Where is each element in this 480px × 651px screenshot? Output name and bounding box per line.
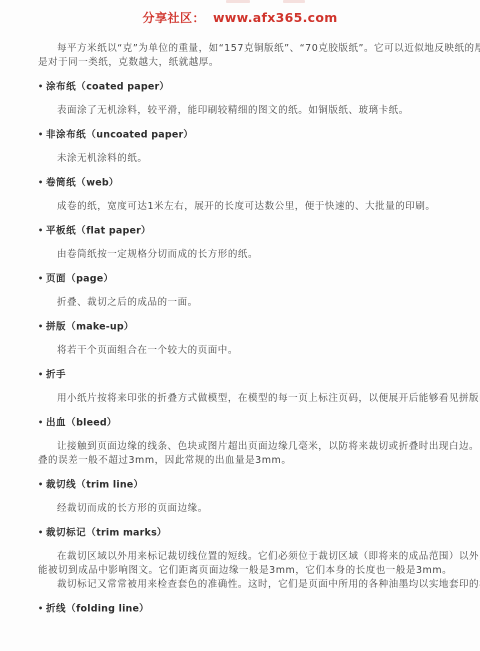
term-heading-line: •折手 (38, 368, 480, 382)
paragraph: 每平方米纸以“克”为单位的重量，如“157克铜版纸”、“70克胶版纸”。它可以近… (38, 42, 480, 70)
term-heading-line: •裁切标记（trim marks） (38, 526, 480, 540)
term-heading-line: •涂布纸（coated paper） (38, 80, 480, 94)
paragraph: 让接触到页面边缘的线条、色块或图片超出页面边缘几毫米，以防将来裁切或折叠时出现白… (38, 440, 480, 468)
term-heading: •裁切线（trim line） (38, 478, 480, 492)
term-name-zh: 折手 (46, 370, 66, 381)
term-name-en: flat paper (86, 226, 141, 237)
bullet-icon: • (38, 602, 46, 616)
term-heading: •卷筒纸（web） (38, 176, 480, 190)
bullet-icon: • (38, 478, 46, 492)
bullet-icon: • (38, 128, 46, 142)
term-heading-line: •平板纸（flat paper） (38, 224, 480, 238)
paragraph-line: 将若干个页面组合在一个较大的页面中。 (38, 344, 480, 358)
term-heading-line: •出血（bleed） (38, 416, 480, 430)
term-name-en: page (76, 274, 103, 285)
term-name-en: trim line (86, 480, 133, 491)
term-name-zh: 出血 (46, 418, 66, 429)
bullet-icon: • (38, 272, 46, 286)
term-name-zh: 非涂布纸 (46, 130, 86, 141)
term-name-en: bleed (76, 418, 107, 429)
term-heading-line: •拼版（make-up） (38, 320, 480, 334)
paragraph-line: 未涂无机涂料的纸。 (38, 152, 480, 166)
paragraph: 在裁切区域以外用来标记裁切线位置的短线。它们必须位于裁切区域（即将来的成品范围）… (38, 550, 480, 592)
term-name-zh: 裁切线 (46, 480, 76, 491)
bullet-icon: • (38, 176, 46, 190)
paragraph: 未涂无机涂料的纸。 (38, 152, 480, 166)
paragraph: 将若干个页面组合在一个较大的页面中。 (38, 344, 480, 358)
paragraph-line: 裁切标记又常常被用来检查套色的准确性。这时，它们是页面中所用的各种油墨均以实地套… (38, 578, 480, 592)
paragraph-line: 经裁切而成的长方形的页面边缘。 (38, 502, 480, 516)
paragraph-line: 成卷的纸，宽度可达1米左右，展开的长度可达数公里，便于快速的、大批量的印刷。 (38, 200, 480, 214)
bullet-icon: • (38, 368, 46, 382)
bullet-icon: • (38, 320, 46, 334)
paragraph-line: 用小纸片按将来印张的折叠方式做模型，在模型的每一页上标注页码，以便展开后能够看见… (38, 392, 480, 406)
term-name-zh: 涂布纸 (46, 82, 76, 93)
term-heading: •页面（page） (38, 272, 480, 286)
paragraph-line: 是对于同一类纸，克数越大，纸就越厚。 (38, 56, 480, 70)
site-banner: 分享社区：www.afx365.com (0, 0, 480, 25)
paragraph-line: 折叠、裁切之后的成品的一面。 (38, 296, 480, 310)
term-name-en: trim marks (96, 528, 157, 539)
paragraph: 由卷筒纸按一定规格分切而成的长方形的纸。 (38, 248, 480, 262)
paragraph-line: 由卷筒纸按一定规格分切而成的长方形的纸。 (38, 248, 480, 262)
term-heading: •折线（folding line） (38, 602, 480, 616)
term-name-en: coated paper (86, 82, 159, 93)
scan-artifact (226, 0, 250, 3)
term-heading: •裁切标记（trim marks） (38, 526, 480, 540)
site-name: 分享社区： (142, 11, 205, 25)
term-name-zh: 卷筒纸 (46, 178, 76, 189)
term-heading-line: •裁切线（trim line） (38, 478, 480, 492)
paragraph-line: 能被切到成品中影响图文。它们距离页面边缘一般是3mm，它们本身的长度也一般是3m… (38, 564, 480, 578)
paragraph: 折叠、裁切之后的成品的一面。 (38, 296, 480, 310)
paragraph-line: 每平方米纸以“克”为单位的重量，如“157克铜版纸”、“70克胶版纸”。它可以近… (38, 42, 480, 56)
term-name-en: folding line (76, 604, 139, 615)
site-url[interactable]: www.afx365.com (213, 10, 338, 25)
paragraph: 成卷的纸，宽度可达1米左右，展开的长度可达数公里，便于快速的、大批量的印刷。 (38, 200, 480, 214)
paragraph: 用小纸片按将来印张的折叠方式做模型，在模型的每一页上标注页码，以便展开后能够看见… (38, 392, 480, 406)
paragraph: 表面涂了无机涂料，较平滑，能印刷较精细的图文的纸。如铜版纸、玻璃卡纸。 (38, 104, 480, 118)
term-heading-line: •折线（folding line） (38, 602, 480, 616)
paragraph-line: 叠的误差一般不超过3mm，因此常规的出血量是3mm。 (38, 454, 480, 468)
term-name-en: web (86, 178, 109, 189)
term-heading-line: •卷筒纸（web） (38, 176, 480, 190)
paragraph-line: 让接触到页面边缘的线条、色块或图片超出页面边缘几毫米，以防将来裁切或折叠时出现白… (38, 440, 480, 454)
term-heading: •拼版（make-up） (38, 320, 480, 334)
term-name-zh: 拼版 (46, 322, 66, 333)
bullet-icon: • (38, 416, 46, 430)
bullet-icon: • (38, 224, 46, 238)
term-name-zh: 页面 (46, 274, 66, 285)
term-heading: •折手 (38, 368, 480, 382)
document-page: 分享社区：www.afx365.com 每平方米纸以“克”为单位的重量，如“15… (0, 0, 480, 651)
bullet-icon: • (38, 526, 46, 540)
bullet-icon: • (38, 80, 46, 94)
term-heading: •出血（bleed） (38, 416, 480, 430)
paragraph-line: 在裁切区域以外用来标记裁切线位置的短线。它们必须位于裁切区域（即将来的成品范围）… (38, 550, 480, 564)
term-heading: •涂布纸（coated paper） (38, 80, 480, 94)
scan-artifact (283, 0, 305, 3)
document-content: 每平方米纸以“克”为单位的重量，如“157克铜版纸”、“70克胶版纸”。它可以近… (0, 42, 480, 616)
term-heading: •非涂布纸（uncoated paper） (38, 128, 480, 142)
term-name-zh: 平板纸 (46, 226, 76, 237)
term-name-zh: 折线 (46, 604, 66, 615)
paragraph: 经裁切而成的长方形的页面边缘。 (38, 502, 480, 516)
paragraph-line: 表面涂了无机涂料，较平滑，能印刷较精细的图文的纸。如铜版纸、玻璃卡纸。 (38, 104, 480, 118)
term-name-en: make-up (76, 322, 124, 333)
term-heading-line: •非涂布纸（uncoated paper） (38, 128, 480, 142)
term-name-en: uncoated paper (96, 130, 183, 141)
term-heading: •平板纸（flat paper） (38, 224, 480, 238)
term-name-zh: 裁切标记 (46, 528, 86, 539)
term-heading-line: •页面（page） (38, 272, 480, 286)
